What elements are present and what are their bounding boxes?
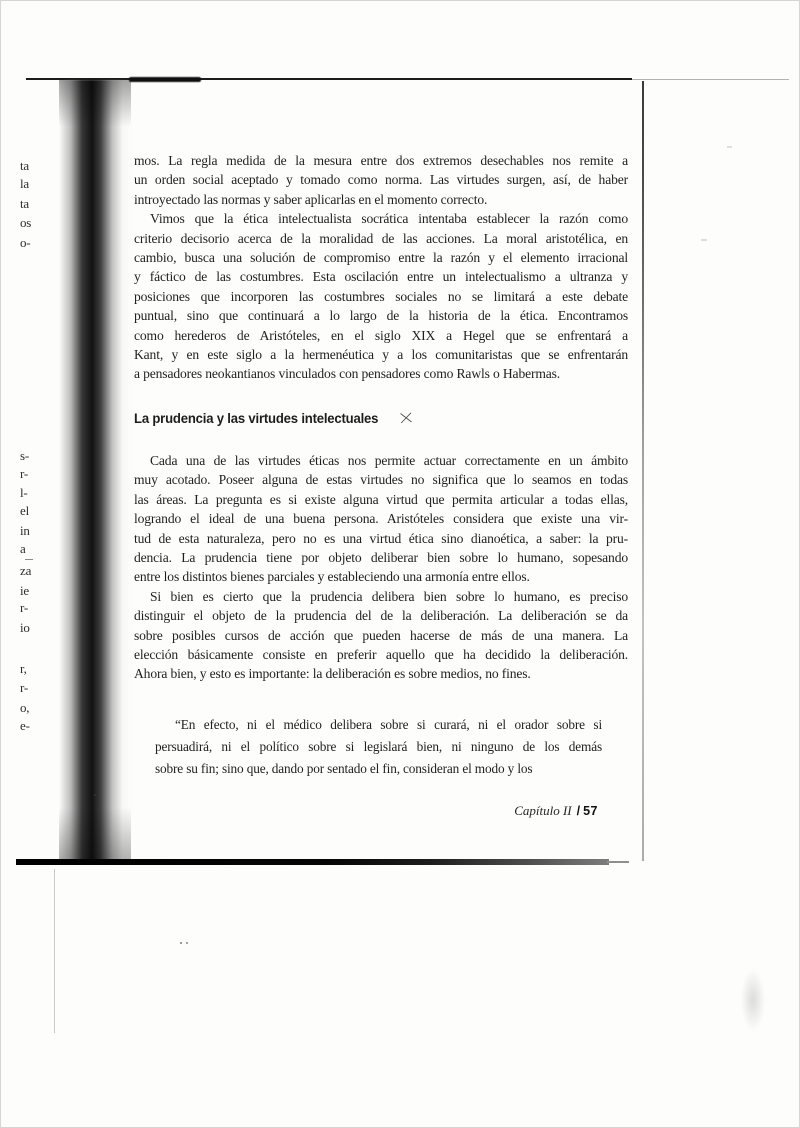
facing-page-fragment: os <box>20 216 40 230</box>
facing-page-fragment: za <box>20 564 40 578</box>
scan-artifact-mark <box>727 146 732 148</box>
facing-page-fragment: ta <box>20 197 40 211</box>
facing-page-fragment: la <box>20 177 40 191</box>
scanned-book-page: talataoso-s-r-l-elinazaier-ior,r-o,e- mo… <box>0 0 800 1128</box>
page-number: 57 <box>583 804 598 818</box>
body-text-line: entre los distintos bienes parciales y e… <box>134 567 628 586</box>
body-text-line: y fáctico de las costumbres. Esta oscila… <box>134 267 628 286</box>
scan-artifact-smudge <box>741 969 765 1031</box>
body-text-line: sobre posibles cursos de acción que pued… <box>134 626 628 645</box>
body-text-line: a pensadores neokantianos vinculados con… <box>134 364 628 383</box>
body-text-line: Kant, y en este siglo a la hermenéutica … <box>134 345 628 364</box>
facing-page-fragment: l- <box>20 486 40 500</box>
body-text-line: puntual, sino que continuará a lo largo … <box>134 306 628 325</box>
section-heading: La prudencia y las virtudes intelectuale… <box>134 409 628 425</box>
page-bottom-edge-line <box>16 859 609 865</box>
scan-left-faint-rule <box>54 869 55 1033</box>
facing-page-fragment: r- <box>20 681 40 695</box>
footer-separator: / <box>572 804 583 818</box>
page-text-column: mos. La regla medida de la mesura entre … <box>134 151 628 780</box>
scan-artifact-dash <box>25 559 33 560</box>
body-text-line: mos. La regla medida de la mesura entre … <box>134 151 628 170</box>
facing-page-fragment: ta <box>20 159 40 173</box>
page-right-edge-line <box>642 81 644 861</box>
facing-page-fragment: e- <box>20 719 40 733</box>
body-text-line: dencia. La prudencia tiene por objeto de… <box>134 548 628 567</box>
facing-page-fragment: o, <box>20 701 40 715</box>
quote-line: sobre su fin; sino que, dando por sentad… <box>155 758 602 780</box>
body-text-line: cambio, busca una solución de compromiso… <box>134 248 628 267</box>
scan-top-edge-ink-blob <box>129 77 201 82</box>
book-binding-shadow-ends <box>59 80 131 862</box>
section-heading-text: La prudencia y las virtudes intelectuale… <box>134 409 378 428</box>
body-text-line: distinguir el objeto de la prudencia del… <box>134 606 628 625</box>
facing-page-fragment: in <box>20 524 40 538</box>
body-text-line: Ahora bien, y esto es importante: la del… <box>134 664 628 683</box>
body-text-line: Vimos que la ética intelectualista socrá… <box>134 209 628 228</box>
pencil-x-annotation-icon <box>399 412 413 424</box>
scan-artifact-dots <box>180 942 189 944</box>
scan-artifact-mark <box>701 239 707 241</box>
facing-page-fragment: r, <box>20 662 40 676</box>
block-quote: “En efecto, ni el médico delibera sobre … <box>134 714 628 780</box>
body-text-line: Cada una de las virtudes éticas nos perm… <box>134 451 628 470</box>
body-text-line: introyectado las normas y saber aplicarl… <box>134 190 628 209</box>
body-text-line: un orden social aceptado y tomado como n… <box>134 170 628 189</box>
page-footer: Capítulo II/57 <box>401 802 598 820</box>
facing-page-fragment: el <box>20 504 40 518</box>
body-text-line: muy acotado. Poseer alguna de estas virt… <box>134 470 628 489</box>
body-text-line: las áreas. La pregunta es si existe algu… <box>134 490 628 509</box>
facing-page-fragment: o- <box>20 236 40 250</box>
body-text-line: logrando el ideal de una buena persona. … <box>134 509 628 528</box>
facing-page-fragment: a <box>20 542 40 556</box>
chapter-label: Capítulo II <box>514 803 571 818</box>
body-text-line: Si bien es cierto que la prudencia delib… <box>134 587 628 606</box>
page-bottom-edge-tail <box>607 861 629 863</box>
body-text-line: como herederos de Aristóteles, en el sig… <box>134 326 628 345</box>
body-text-line: elección básicamente consiste en preferi… <box>134 645 628 664</box>
quote-line: “En efecto, ni el médico delibera sobre … <box>155 714 602 736</box>
scan-artifact-speck <box>94 794 96 796</box>
facing-page-fragment: r- <box>20 467 40 481</box>
facing-page-fragment: io <box>20 621 40 635</box>
scan-top-edge-faint-line <box>632 79 789 80</box>
body-text-line: criterio decisorio acerca de la moralida… <box>134 229 628 248</box>
body-text-line: tud de esta naturaleza, pero no es una v… <box>134 529 628 548</box>
facing-page-fragment: ie <box>20 584 40 598</box>
facing-page-fragment: s- <box>20 449 40 463</box>
facing-page-fragment: r- <box>20 601 40 615</box>
quote-line: persuadirá, ni el político sobre si legi… <box>155 736 602 758</box>
body-text-line: posiciones que incorporen las costumbres… <box>134 287 628 306</box>
